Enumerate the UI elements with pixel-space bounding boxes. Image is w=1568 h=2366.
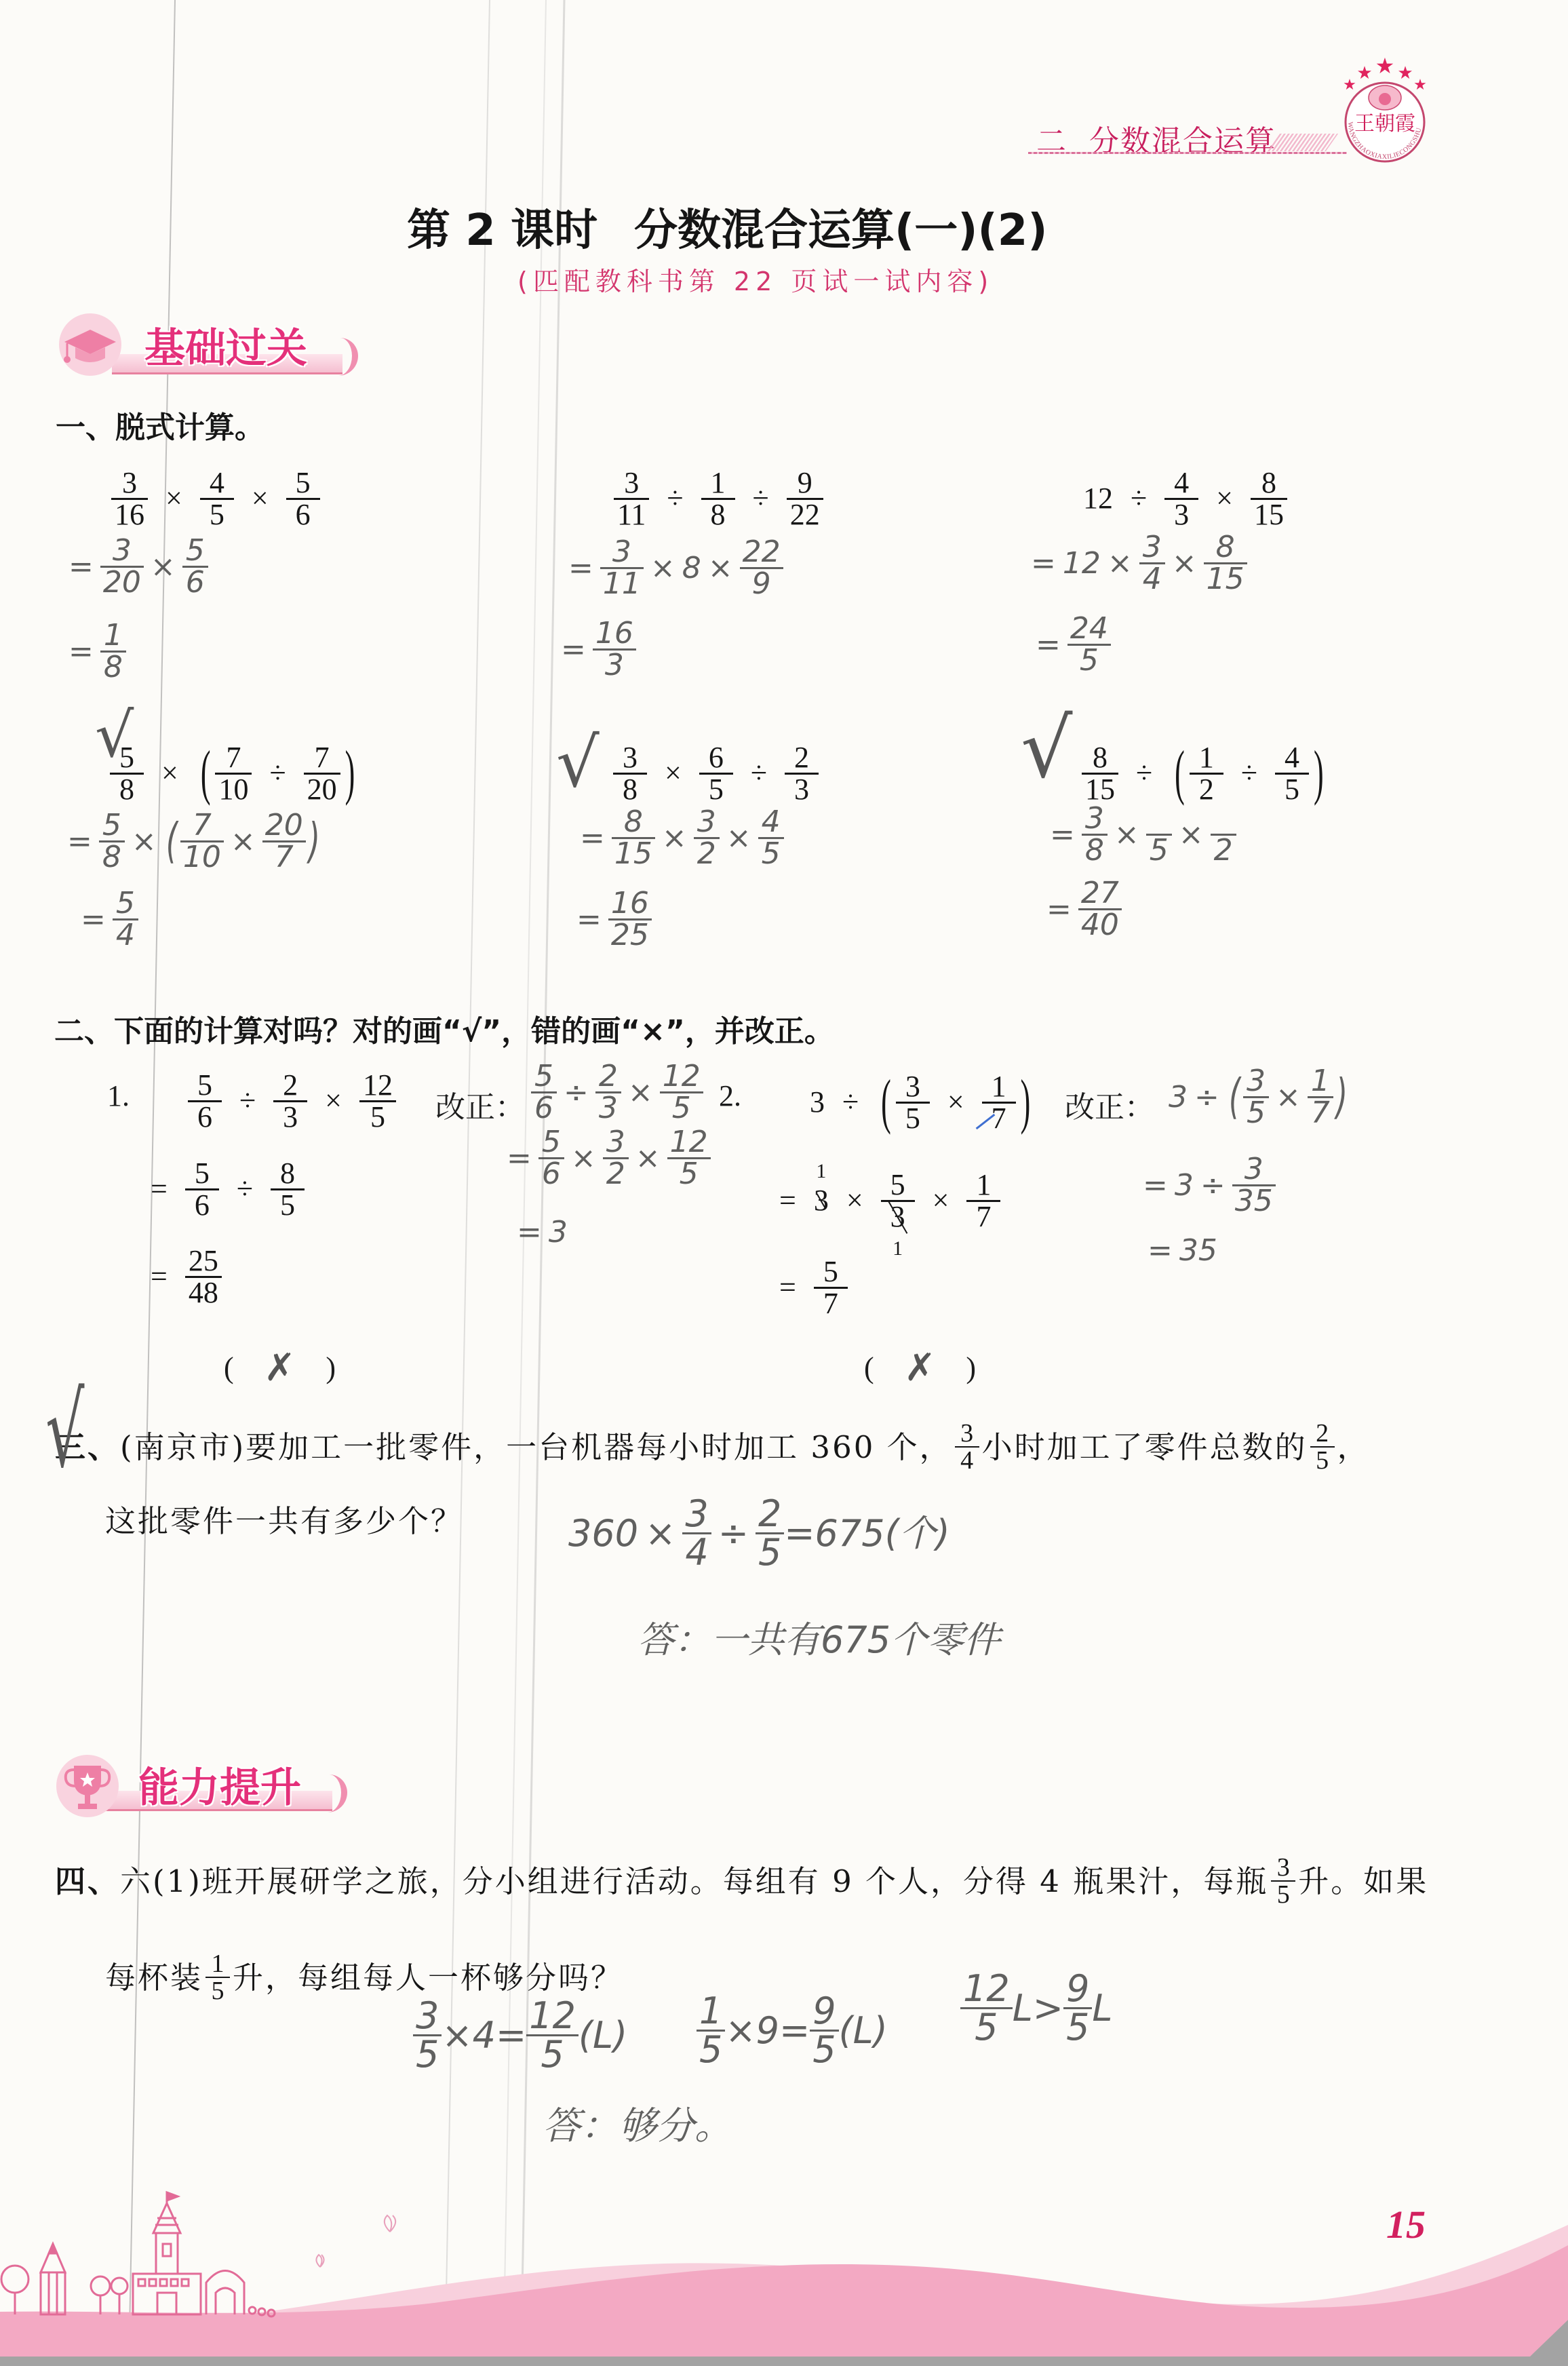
fraction-numerator: 1	[205, 1951, 230, 1977]
right-paren: )	[1314, 743, 1324, 804]
badge-curl	[324, 1775, 347, 1812]
fraction: 56	[182, 536, 208, 598]
publisher-logo: ★ ★ ★ ★ ★ 王朝霞 WANGZHAOXIAXILIECONGSHU	[1331, 54, 1446, 170]
fraction-numerator: 7	[180, 811, 224, 840]
fraction: 815	[1082, 743, 1118, 804]
fraction: 45	[1275, 743, 1309, 804]
fraction-denominator: 6	[182, 568, 208, 598]
fraction-denominator: 10	[215, 775, 252, 804]
q3-question-line-1: 三、(南京市)要加工一批零件，一台机器每小时加工 360 个，34小时加工了零件…	[55, 1420, 1370, 1473]
fraction-numerator: 12	[526, 1998, 579, 2034]
operator: ÷	[269, 758, 286, 788]
fraction-numerator: 3	[111, 468, 148, 498]
fraction: 35	[413, 1998, 442, 2073]
fraction-denominator: 5	[359, 1102, 396, 1132]
text-run: (L)	[579, 2017, 627, 2054]
q2-item-2-fix-step-2: =3÷335	[1143, 1155, 1276, 1216]
fraction: 34	[955, 1420, 979, 1473]
fraction: 316	[111, 468, 148, 530]
fraction: 23	[785, 743, 819, 804]
fraction-denominator: 5	[667, 1159, 711, 1189]
verdict-close-paren: )	[326, 1351, 336, 1385]
q4-work-step-2: 15×9=95(L)	[697, 1993, 888, 2068]
teacher-check-mark: √	[45, 1380, 84, 1482]
fraction-denominator: 5	[271, 1190, 305, 1220]
fraction-denominator: 15	[612, 839, 655, 869]
operator: ×	[1172, 549, 1197, 579]
fraction-denominator: 3	[1164, 500, 1198, 530]
butterfly-doodle-icon	[316, 2215, 395, 2267]
fraction: 125	[667, 1127, 711, 1189]
fraction-denominator: 4	[1139, 564, 1165, 594]
fraction-numerator: 3	[694, 807, 720, 837]
castle-illustration	[1, 2192, 275, 2316]
left-paren: (	[201, 743, 211, 804]
fraction-numerator: 5	[881, 1170, 915, 1200]
wrong-mark: ✗	[264, 1346, 296, 1390]
fraction: 35	[1271, 1855, 1295, 1907]
fraction-numerator: 7	[215, 743, 252, 773]
operator: =	[68, 552, 94, 582]
fraction-denominator: 5	[526, 2036, 579, 2073]
number: 12	[1083, 484, 1113, 513]
q2-item-2-fix-step-3: =35	[1148, 1236, 1217, 1266]
q1-problem-6-work-step-1: =38×5×2	[1050, 804, 1236, 866]
fraction: 38	[613, 743, 647, 804]
fraction-numerator: 5	[286, 468, 320, 498]
fraction-numerator: 4	[758, 807, 784, 837]
q2-item-1-step-1: 56÷23×125	[188, 1070, 396, 1132]
fraction-numerator: 27	[1078, 878, 1122, 908]
operator: ×	[665, 758, 682, 788]
q4-question-line-1: 四、六(1)班开展研学之旅，分小组进行活动。每组有 9 个人，分得 4 瓶果汁，…	[55, 1855, 1428, 1907]
page-title: 分数混合运算(一)(2)	[634, 195, 1048, 258]
operator: ×	[933, 1186, 949, 1216]
fraction-numerator: 5	[538, 1127, 564, 1157]
text-run: ×4=	[442, 2017, 526, 2054]
fraction-numerator: 5	[182, 536, 208, 566]
fraction: 125	[359, 1070, 396, 1132]
fraction-numerator: 3	[955, 1420, 979, 1446]
q2-item-1-step-3: =2548	[151, 1246, 222, 1308]
fraction-numerator	[1211, 804, 1236, 834]
fraction-numerator: 25	[185, 1246, 222, 1276]
operator: ÷	[753, 484, 769, 513]
fraction-denominator: 6	[531, 1093, 557, 1123]
number: 8	[682, 554, 701, 583]
fraction-denominator: 7	[966, 1202, 1000, 1232]
fraction-denominator: 7	[1308, 1098, 1333, 1128]
q1-problem-2-work-step-2: =163	[561, 619, 636, 680]
fraction-numerator: 7	[304, 743, 340, 773]
fraction-denominator: 8	[1082, 836, 1108, 866]
operator: ×	[1108, 549, 1133, 579]
text-run: 小时加工了零件总数的	[982, 1432, 1308, 1462]
fraction-denominator: 2	[603, 1159, 629, 1189]
fraction-numerator: 2	[756, 1496, 784, 1532]
fraction-denominator: 48	[185, 1278, 222, 1308]
fraction: 18	[100, 621, 126, 682]
fraction-numerator: 6	[699, 743, 733, 773]
operator: ÷	[718, 1515, 749, 1552]
number: 3	[549, 1218, 568, 1247]
fraction-numerator: 2	[785, 743, 819, 773]
q1-problem-4-work-step-2: =54	[81, 889, 138, 950]
fraction-numerator: 1	[697, 1993, 725, 2030]
logo-star-icon: ★	[1397, 63, 1413, 83]
fraction-numerator: 1	[1308, 1066, 1333, 1096]
left-paren: (	[881, 1072, 891, 1133]
fraction-denominator: 5	[810, 2032, 838, 2068]
fraction-denominator: 9	[740, 569, 783, 599]
fraction-denominator: 8	[613, 775, 647, 804]
fraction-numerator: 3	[1139, 532, 1165, 562]
operator: ÷	[1194, 1083, 1219, 1112]
fraction-numerator	[1146, 804, 1172, 834]
graduation-cap-icon	[58, 312, 123, 377]
fraction: 56	[538, 1127, 564, 1189]
number: 3	[1169, 1083, 1188, 1112]
fraction-numerator: 5	[814, 1257, 848, 1287]
operator: ×	[628, 1078, 653, 1108]
fraction-denominator: 5	[1146, 836, 1172, 866]
fraction-denominator: 16	[111, 500, 148, 530]
operator: ×	[132, 827, 157, 857]
operator: ×	[662, 823, 687, 853]
fraction: 85	[271, 1159, 305, 1220]
fraction: 34	[1139, 532, 1165, 594]
fraction-denominator: 35	[1232, 1186, 1276, 1216]
cancelled-number: 31	[814, 1186, 829, 1216]
fraction-numerator: 3	[614, 468, 649, 498]
fraction: 56	[185, 1159, 219, 1220]
verdict-open-paren: (	[224, 1351, 234, 1385]
operator: =	[151, 1262, 168, 1292]
section-badge-advanced: 能力提升	[138, 1756, 301, 1814]
fraction-numerator: 3	[896, 1072, 930, 1102]
page-number: 15	[1386, 2202, 1426, 2247]
fraction-numerator: 4	[1275, 743, 1309, 773]
fraction-numerator: 12	[667, 1127, 711, 1157]
operator: =	[1148, 1236, 1173, 1266]
q1-problem-3-expression: 12÷43×815	[1083, 468, 1287, 530]
fraction: 311	[600, 537, 644, 599]
fraction-numerator: 2	[595, 1062, 621, 1091]
text-run: 六(1)班开展研学之旅，分小组进行活动。每组有 9 个人，分得 4 瓶果汁，每瓶	[120, 1866, 1268, 1897]
fraction: 38	[1082, 804, 1108, 866]
q4-work-step-1: 35×4=125(L)	[413, 1998, 627, 2073]
operator: ×	[165, 484, 182, 513]
fraction: 17	[966, 1170, 1000, 1232]
fraction-denominator: 20	[304, 775, 340, 804]
header-hatch-decoration	[1268, 134, 1338, 151]
fraction-denominator: 7	[814, 1289, 848, 1319]
operator: ÷	[1200, 1171, 1226, 1201]
right-paren: )	[309, 817, 320, 865]
fraction: 17	[1308, 1066, 1333, 1128]
operator: ÷	[1136, 758, 1152, 788]
fraction-numerator: 3	[1232, 1155, 1276, 1184]
fraction-denominator: 5	[1067, 646, 1111, 676]
fraction: 815	[612, 807, 655, 869]
operator: ×	[635, 1144, 661, 1174]
q2-item-1-step-2: =56÷85	[151, 1159, 305, 1220]
fraction-denominator: 5	[756, 1534, 784, 1571]
operator: ÷	[239, 1086, 256, 1116]
header-underline	[1028, 152, 1347, 154]
fraction-numerator: 24	[1067, 614, 1111, 644]
fraction-denominator: 11	[600, 569, 644, 599]
fraction-numerator: 2	[273, 1070, 307, 1100]
left-paren: (	[166, 817, 178, 865]
fraction-numerator: 22	[740, 537, 783, 567]
right-paren: )	[1021, 1072, 1031, 1133]
number: 12	[1063, 549, 1101, 579]
fraction-numerator: 8	[1251, 468, 1287, 498]
operator: =	[67, 827, 92, 857]
fraction-numerator: 3	[1243, 1066, 1269, 1096]
fraction: 2740	[1078, 878, 1122, 940]
fraction: 1625	[608, 889, 652, 950]
operator: =	[151, 1174, 168, 1204]
operator: ×	[726, 823, 751, 853]
q1-problem-6-expression: 815÷(12÷45)	[1082, 743, 1329, 804]
fraction-denominator: 8	[99, 842, 125, 872]
fraction-denominator: 7	[262, 842, 306, 872]
fraction: 25	[1310, 1420, 1335, 1473]
operator: =	[561, 635, 586, 665]
operator: ×	[151, 552, 176, 582]
fraction: 815	[1204, 532, 1247, 594]
fraction: 335	[1232, 1155, 1276, 1216]
q3-work: 360×34÷25=675(个)	[568, 1496, 950, 1571]
fraction-denominator: 5	[1063, 2009, 1092, 2046]
q1-problem-4-work-step-1: =58×(710×207)	[67, 811, 323, 872]
fraction-numerator: 9	[1063, 1971, 1092, 2007]
fraction-numerator: 3	[603, 1127, 629, 1157]
fraction: 320	[100, 536, 144, 598]
fraction-denominator: 5	[200, 500, 234, 530]
fraction: 207	[262, 811, 306, 872]
text-run: 每杯装	[105, 1962, 203, 1993]
fraction: 45	[758, 807, 784, 869]
q1-problem-1-work-step-1: =320×56	[68, 536, 208, 598]
fraction-denominator: 2	[694, 839, 720, 869]
fraction: 15	[205, 1951, 230, 2004]
fraction: 531	[881, 1170, 915, 1232]
operator: =	[517, 1218, 542, 1247]
operator: =	[568, 554, 593, 583]
fraction: 163	[593, 619, 636, 680]
operator: ×	[1179, 820, 1204, 850]
fraction: 56	[188, 1070, 222, 1132]
fraction-denominator: 10	[180, 842, 224, 872]
operator: ×	[650, 554, 675, 583]
fraction-denominator: 15	[1251, 500, 1287, 530]
logo-star-icon: ★	[1413, 77, 1427, 94]
fraction: 245	[1067, 614, 1111, 676]
fraction-numerator: 5	[99, 811, 125, 840]
fraction-numerator: 8	[271, 1159, 305, 1188]
scanner-background	[0, 2357, 1568, 2366]
fraction-denominator: 5	[697, 2032, 725, 2068]
text-run: 四、	[55, 1866, 120, 1897]
fraction: 17	[982, 1072, 1016, 1133]
footer-wave-decoration	[0, 2191, 1568, 2366]
fraction-denominator: 6	[185, 1190, 219, 1220]
q2-item-1-fix-label: 改正：	[435, 1083, 525, 1126]
logo-star-icon: ★	[1375, 54, 1395, 79]
fraction: 23	[595, 1062, 621, 1123]
q2-item-1-fix-step-3: =3	[517, 1218, 568, 1247]
q2-item-2-number: 2.	[719, 1079, 741, 1113]
fraction-numerator: 5	[531, 1062, 557, 1091]
operator: ×	[708, 554, 733, 583]
q2-item-1-verdict: ( ✗ )	[224, 1346, 336, 1390]
right-paren: )	[345, 743, 355, 804]
fraction-numerator: 12	[359, 1070, 396, 1100]
fraction: 34	[682, 1496, 711, 1571]
number: 360	[568, 1515, 638, 1552]
fraction: 311	[614, 468, 649, 530]
q1-problem-1-work-step-2: =18	[68, 621, 126, 682]
q1-problem-2-expression: 311÷18÷922	[614, 468, 823, 530]
fraction-denominator: 3	[785, 775, 819, 804]
q1-problem-5-work-step-1: =815×32×45	[580, 807, 784, 869]
operator: ×	[161, 758, 178, 788]
fraction: 710	[215, 743, 252, 804]
q1-problem-4-expression: 58×(710÷720)	[110, 743, 359, 804]
q3-answer: 答：一共有675个零件	[638, 1611, 1000, 1663]
teacher-check-mark: √	[556, 729, 600, 797]
wrong-mark: ✗	[904, 1346, 936, 1390]
fraction-denominator: 6	[538, 1159, 564, 1189]
fraction: 56	[531, 1062, 557, 1123]
text-run: L>	[1013, 1990, 1063, 2027]
text-run: ×9=	[725, 2013, 810, 2049]
fraction-denominator: 8	[701, 500, 735, 530]
fraction: 815	[1251, 468, 1287, 530]
number: 35	[1179, 1236, 1217, 1266]
operator: ÷	[564, 1078, 589, 1108]
fraction-denominator: 5	[1243, 1098, 1269, 1128]
q1-problem-3-work-step-2: =245	[1036, 614, 1111, 676]
fraction-denominator: 4	[682, 1534, 711, 1571]
q1-problem-1-expression: 316×45×56	[111, 468, 320, 530]
fraction-numerator: 3	[600, 537, 644, 567]
q2-item-1-fix-step-1: 56÷23×125	[531, 1062, 703, 1123]
fraction-denominator: 6	[286, 500, 320, 530]
fraction-denominator: 3	[593, 651, 636, 680]
q1-problem-3-work-step-1: =12×34×815	[1031, 532, 1247, 594]
fraction-numerator: 3	[1271, 1855, 1295, 1880]
q2-item-2-fix-step-1: 3÷(35×17)	[1169, 1066, 1350, 1128]
fraction-numerator: 3	[413, 1998, 442, 2034]
fraction-denominator: 4	[955, 1448, 979, 1473]
fraction: 54	[113, 889, 138, 950]
q2-heading: 二、下面的计算对吗？对的画“√”，错的画“×”，并改正。	[54, 1007, 834, 1050]
operator: ×	[846, 1186, 863, 1216]
operator: ×	[231, 827, 256, 857]
fraction: 12	[1190, 743, 1223, 804]
fraction: 43	[1164, 468, 1198, 530]
q2-item-1-number: 1.	[107, 1079, 130, 1113]
q2-item-2-step-3: =57	[779, 1257, 848, 1319]
fraction-numerator: 1	[1190, 743, 1223, 773]
operator: ×	[645, 1515, 675, 1552]
fraction-numerator: 3	[100, 536, 144, 566]
operator: ×	[1276, 1083, 1301, 1112]
operator: =	[81, 905, 106, 935]
fraction-denominator: 25	[608, 920, 652, 950]
fraction-numerator: 12	[960, 1971, 1013, 2007]
fraction-numerator: 1	[982, 1072, 1016, 1102]
fraction-denominator: 3	[273, 1102, 307, 1132]
fraction: 2548	[185, 1246, 222, 1308]
fraction-denominator: 5	[896, 1104, 930, 1133]
fraction: 2	[1211, 804, 1236, 866]
q2-item-1-fix-step-2: =56×32×125	[507, 1127, 711, 1189]
q1-heading: 一、脱式计算。	[56, 403, 264, 446]
q2-item-2-fix-label: 改正：	[1065, 1083, 1154, 1126]
fraction-denominator: 5	[413, 2036, 442, 2073]
fraction: 229	[740, 537, 783, 599]
cancel-note: 1	[816, 1161, 826, 1182]
number: 3	[810, 1087, 825, 1117]
operator: ×	[571, 1144, 596, 1174]
operator: ÷	[751, 758, 767, 788]
logo-brand-text: 王朝霞	[1354, 112, 1415, 136]
fraction-numerator: 9	[810, 1993, 838, 2030]
fraction-numerator: 5	[185, 1159, 219, 1188]
text-run: =675(个)	[784, 1515, 949, 1552]
fraction-denominator: 22	[787, 500, 823, 530]
q1-problem-5-work-step-2: =1625	[576, 889, 652, 950]
operator: ×	[947, 1087, 964, 1117]
trophy-icon	[55, 1753, 120, 1819]
operator: ×	[252, 484, 269, 513]
fraction-denominator: 5	[205, 1978, 230, 2004]
fraction-numerator: 5	[188, 1070, 222, 1100]
operator: =	[1046, 895, 1072, 925]
fraction-denominator: 4	[113, 920, 138, 950]
fraction-numerator: 2	[1310, 1420, 1335, 1446]
fraction-denominator: 3	[595, 1093, 621, 1123]
fraction-numerator: 1	[966, 1170, 1000, 1200]
fraction-denominator: 40	[1078, 910, 1122, 940]
operator: ÷	[1241, 758, 1257, 788]
operator: ÷	[842, 1087, 859, 1117]
left-paren: (	[1229, 1073, 1240, 1121]
operator: =	[779, 1273, 796, 1302]
fraction-numerator: 9	[787, 468, 823, 498]
fraction: 5	[1146, 804, 1172, 866]
operator: =	[1143, 1171, 1168, 1201]
fraction: 35	[1243, 1066, 1269, 1128]
fraction: 125	[960, 1971, 1013, 2046]
text-run: (南京市)要加工一批零件，一台机器每小时加工 360 个，	[120, 1432, 952, 1462]
badge-curl	[335, 338, 358, 376]
fraction: 57	[814, 1257, 848, 1319]
operator: ×	[325, 1086, 342, 1116]
fraction-numerator: 16	[608, 889, 652, 918]
q4-answer: 答：够分。	[543, 2096, 732, 2150]
operator: ÷	[237, 1174, 253, 1204]
fraction-numerator: 8	[1204, 532, 1247, 562]
fraction-denominator: 2	[1211, 836, 1236, 866]
fraction-denominator: 15	[1204, 564, 1247, 594]
fraction-denominator: 5	[758, 839, 784, 869]
